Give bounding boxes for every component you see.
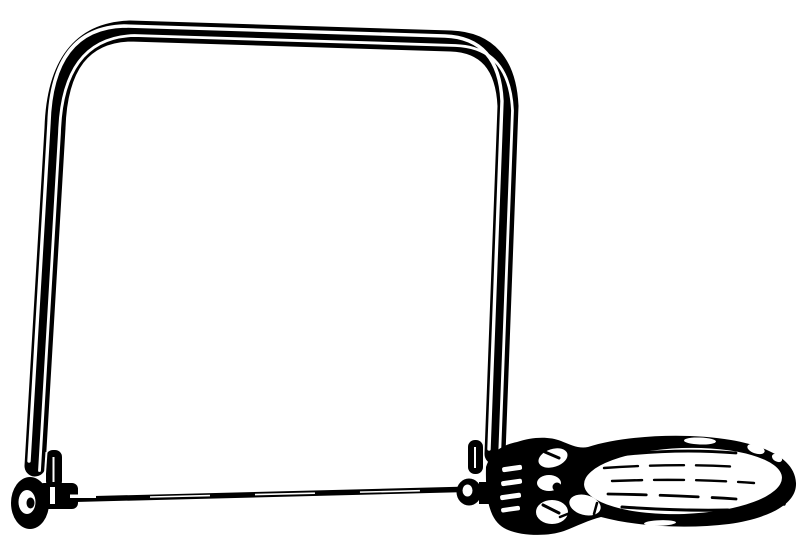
bow-frame-highlight-outer — [29, 26, 502, 461]
bow-frame-highlight-inner — [40, 36, 513, 471]
left-blade-clamp — [11, 450, 96, 529]
clamp-jaw-slit — [50, 487, 55, 504]
bow-frame — [29, 26, 513, 471]
coping-saw-illustration: Coping saw — [0, 0, 800, 560]
blade — [66, 490, 459, 500]
bow-frame-tube — [35, 31, 508, 466]
handle — [486, 436, 796, 535]
bulge-highlight — [536, 500, 568, 524]
clamp-knob-core — [27, 498, 35, 509]
blade-loop-hole — [463, 485, 473, 497]
coping-saw-figure: Coping saw — [0, 0, 800, 560]
bulge-speckle — [553, 483, 562, 492]
blade-end-highlight — [70, 495, 96, 499]
